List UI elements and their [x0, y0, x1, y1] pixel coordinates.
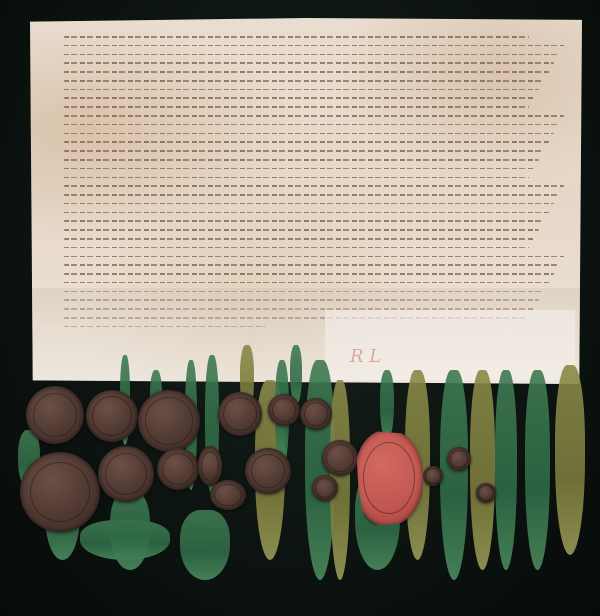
brown-wax-seal [312, 475, 338, 501]
green-silk-cord [180, 510, 230, 580]
brown-wax-seal [476, 483, 496, 503]
brown-wax-seal [218, 392, 262, 436]
text-line [64, 194, 559, 196]
text-line [64, 220, 544, 222]
brown-wax-seal [20, 452, 100, 532]
brown-wax-seal [210, 480, 246, 510]
text-line [64, 273, 554, 275]
brown-wax-seal [447, 447, 471, 471]
text-line [64, 212, 549, 214]
text-line [64, 97, 534, 99]
green-silk-cord [525, 370, 550, 570]
text-line [64, 80, 544, 82]
text-line [64, 247, 529, 249]
brown-wax-seal [300, 398, 332, 430]
text-line [64, 133, 554, 135]
text-line [64, 62, 554, 64]
green-silk-cord [380, 370, 394, 440]
olive-silk-cord [470, 370, 495, 570]
text-line [64, 71, 549, 73]
brown-wax-seal [138, 390, 200, 452]
brown-wax-seal [26, 386, 84, 444]
olive-silk-cord [555, 365, 585, 555]
parchment-charter: R L [30, 18, 582, 384]
text-line [64, 141, 549, 143]
red-wax-seal [355, 430, 423, 526]
notary-monogram: R L [350, 346, 381, 367]
text-line [64, 159, 539, 161]
text-line [64, 256, 564, 258]
photograph: R L [0, 0, 600, 616]
green-silk-cord [110, 490, 150, 570]
text-line [64, 238, 534, 240]
green-silk-cord [495, 370, 517, 570]
green-silk-cord [440, 370, 468, 580]
brown-wax-seal [423, 466, 443, 486]
text-line [64, 115, 564, 117]
text-line [64, 150, 544, 152]
text-line [64, 203, 554, 205]
brown-wax-seal [245, 448, 291, 494]
text-line [64, 229, 539, 231]
handwritten-text-block [64, 36, 569, 298]
text-line [64, 124, 559, 126]
text-line [64, 106, 529, 108]
text-line [64, 282, 549, 284]
brown-wax-seal [198, 446, 222, 486]
text-line [64, 264, 559, 266]
text-line [64, 36, 529, 38]
brown-wax-seal [322, 440, 358, 476]
text-line [64, 185, 564, 187]
brown-wax-seal [268, 394, 300, 426]
text-line [64, 177, 529, 179]
text-line [64, 89, 539, 91]
text-line [64, 45, 564, 47]
brown-wax-seal [98, 446, 154, 502]
brown-wax-seal [157, 448, 199, 490]
text-line [64, 168, 534, 170]
text-line [64, 54, 559, 56]
brown-wax-seal [86, 390, 138, 442]
